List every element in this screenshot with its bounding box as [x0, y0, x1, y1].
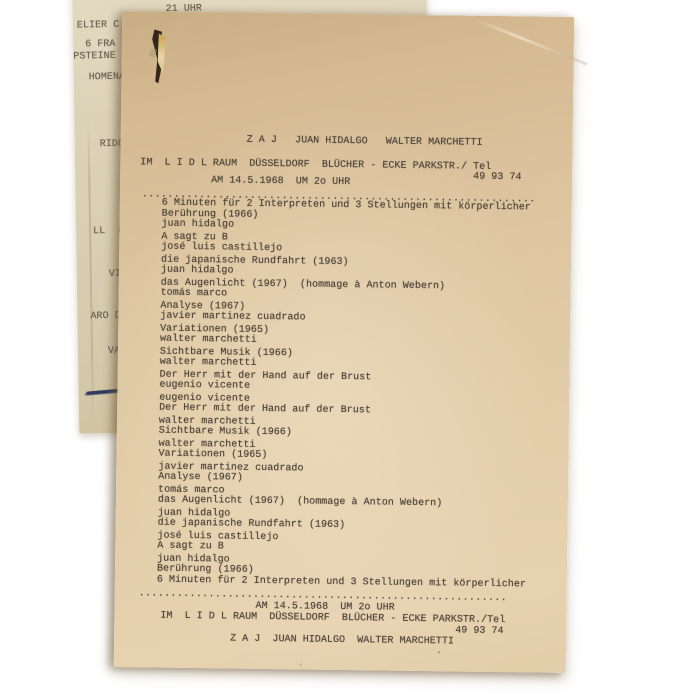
program-entry: 6 Minuten für 2 Interpreten und 3 Stellu… [161, 199, 561, 236]
photograph-of-concert-programs: 21 UHR ELIER C 6 FRA PSTEINE HOMENA RIDO… [0, 0, 700, 700]
stray-ink-dot [438, 651, 440, 653]
program-entry: juan hidalgo Berührung (1966) 6 Minuten … [157, 554, 557, 591]
stray-ink-dot [300, 663, 302, 665]
header-phone: 49 93 74 [473, 173, 522, 184]
typed-fragment-homena: HOMENA [89, 73, 125, 84]
header-date-row: AM 14.5.1968 UM 2o UHR 49 93 74 [140, 168, 550, 191]
typed-fragment-elier: ELIER C [77, 21, 120, 32]
typed-fragment-psteine: PSTEINE [73, 52, 116, 63]
corner-fold-crease [473, 18, 587, 66]
typed-fragment-6-fra: 6 FRA [85, 40, 115, 51]
paper-crease [87, 121, 94, 421]
program-header: Z A J JUAN HIDALGO WALTER MARCHETTI IM L… [140, 134, 551, 206]
program-entry: Sichtbare Musik (1966) walter marchetti [160, 347, 560, 373]
program-list: 6 Minuten für 2 Interpreten und 3 Stellu… [157, 199, 562, 593]
footer-phone: 49 93 74 [455, 625, 548, 637]
tear-hole: 35 [148, 29, 167, 83]
program-footer: ........................................… [138, 588, 549, 648]
header-artists-line: Z A J JUAN HIDALGO WALTER MARCHETTI [247, 136, 551, 150]
header-date: AM 14.5.1968 UM 2o UHR [211, 176, 350, 188]
front-sheet-program: 35 Z A J JUAN HIDALGO WALTER MARCHETTI I… [114, 11, 575, 673]
